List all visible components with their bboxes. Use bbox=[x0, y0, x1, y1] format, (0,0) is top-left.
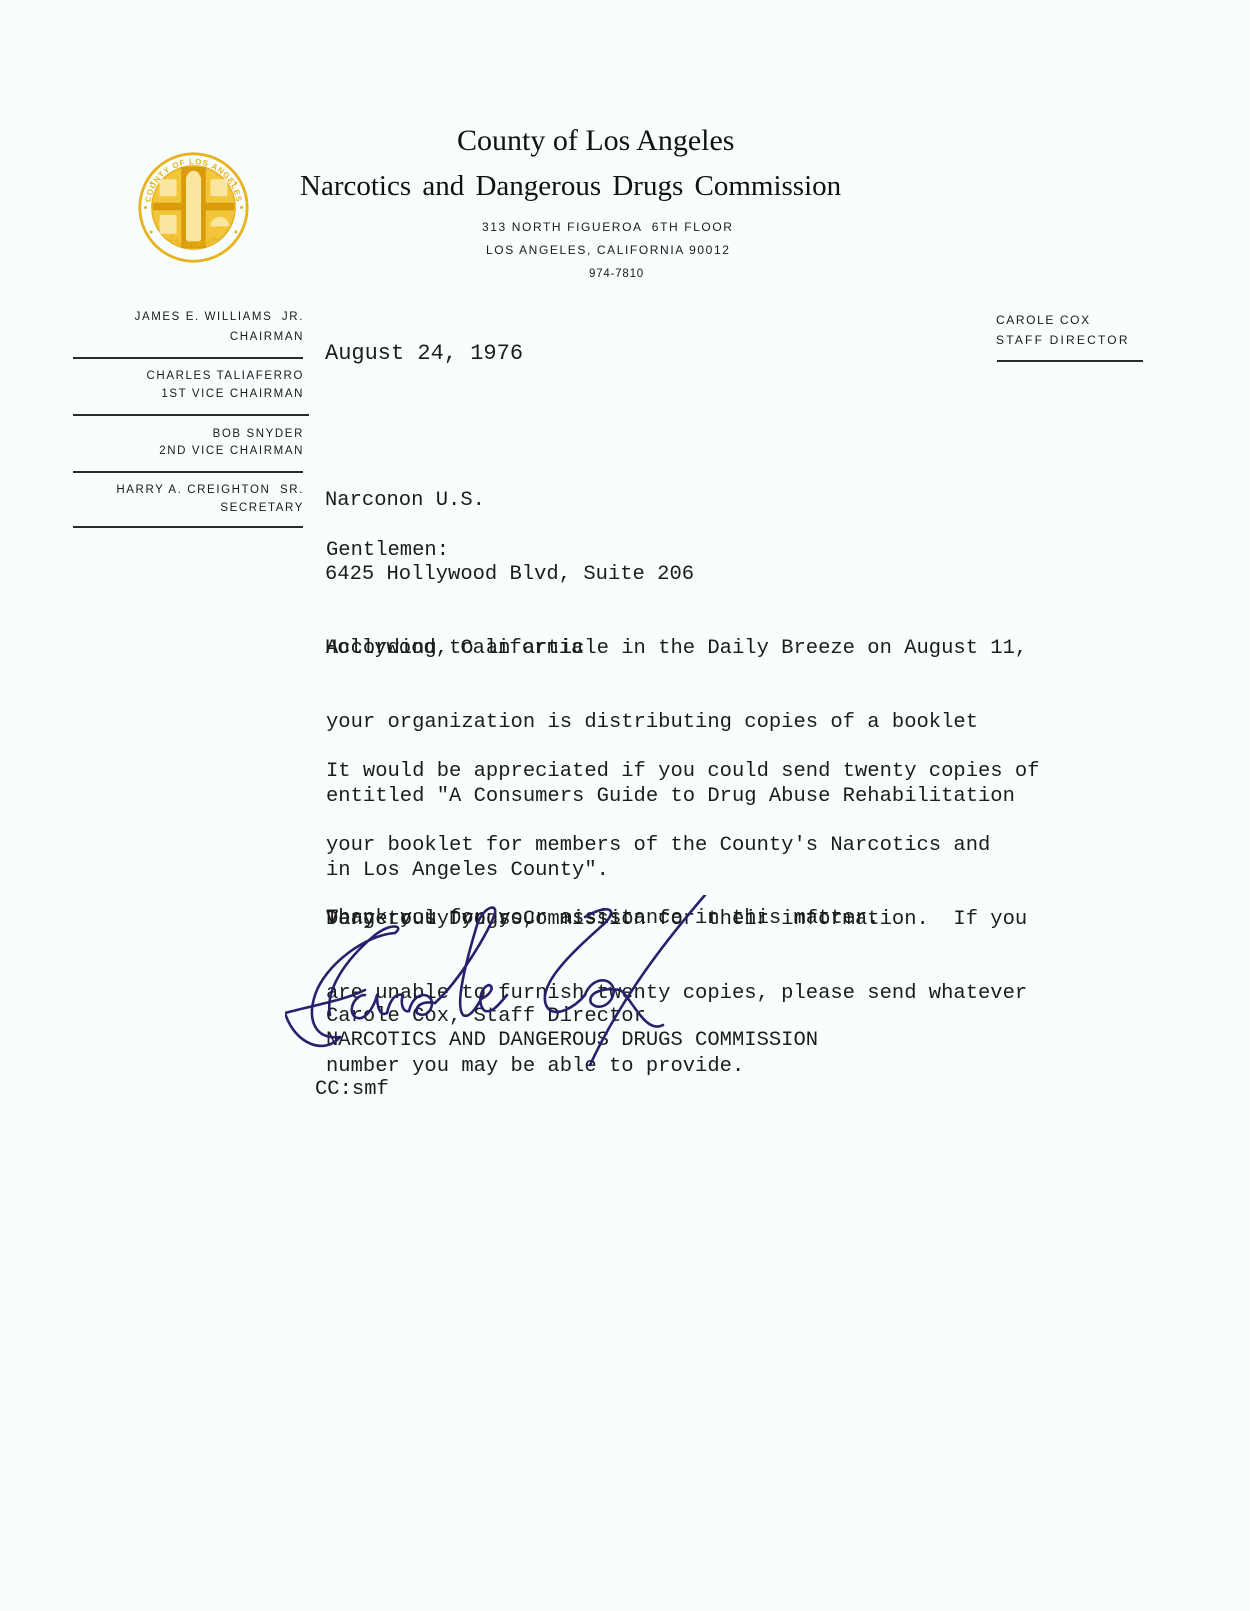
divider bbox=[997, 360, 1143, 362]
officer-name: JAMES E. WILLIAMS JR. bbox=[135, 311, 304, 323]
divider bbox=[73, 414, 309, 416]
paragraph-line: It would be appreciated if you could sen… bbox=[326, 760, 1040, 785]
divider bbox=[73, 357, 303, 359]
letterhead-phone: 974-7810 bbox=[589, 268, 644, 280]
paragraph-line: According to an article in the Daily Bre… bbox=[326, 637, 1027, 662]
divider bbox=[73, 526, 303, 528]
letterhead-title: County of Los Angeles bbox=[457, 124, 735, 158]
county-seal-icon: COUNTY OF LOS ANGELES CALIFORNIA bbox=[137, 151, 250, 264]
letterhead-address-line2: LOS ANGELES, CALIFORNIA 90012 bbox=[486, 243, 731, 257]
staff-title: STAFF DIRECTOR bbox=[996, 333, 1130, 347]
letter-date: August 24, 1976 bbox=[325, 342, 523, 367]
recipient-line: Narconon U.S. bbox=[325, 489, 694, 514]
officer-title: 2ND VICE CHAIRMAN bbox=[159, 445, 304, 457]
paragraph-line: your booklet for members of the County's… bbox=[326, 834, 1040, 859]
staff-name: CAROLE COX bbox=[996, 313, 1091, 327]
officer-title: SECRETARY bbox=[220, 502, 304, 514]
officer-name: CHARLES TALIAFERRO bbox=[147, 370, 304, 382]
letterhead-address-line1: 313 NORTH FIGUEROA 6TH FLOOR bbox=[482, 220, 734, 234]
divider bbox=[73, 471, 303, 473]
officer-title: 1ST VICE CHAIRMAN bbox=[161, 388, 304, 400]
salutation: Gentlemen: bbox=[326, 539, 449, 564]
officer-name: BOB SNYDER bbox=[213, 428, 304, 440]
letterhead-subtitle: Narcotics and Dangerous Drugs Commission bbox=[300, 170, 841, 203]
handwritten-signature-icon bbox=[285, 895, 745, 1080]
officer-name: HARRY A. CREIGHTON SR. bbox=[116, 484, 304, 496]
recipient-line: 6425 Hollywood Blvd, Suite 206 bbox=[325, 563, 694, 588]
cc-line: CC:smf bbox=[315, 1078, 389, 1103]
officer-title: CHAIRMAN bbox=[230, 331, 304, 343]
